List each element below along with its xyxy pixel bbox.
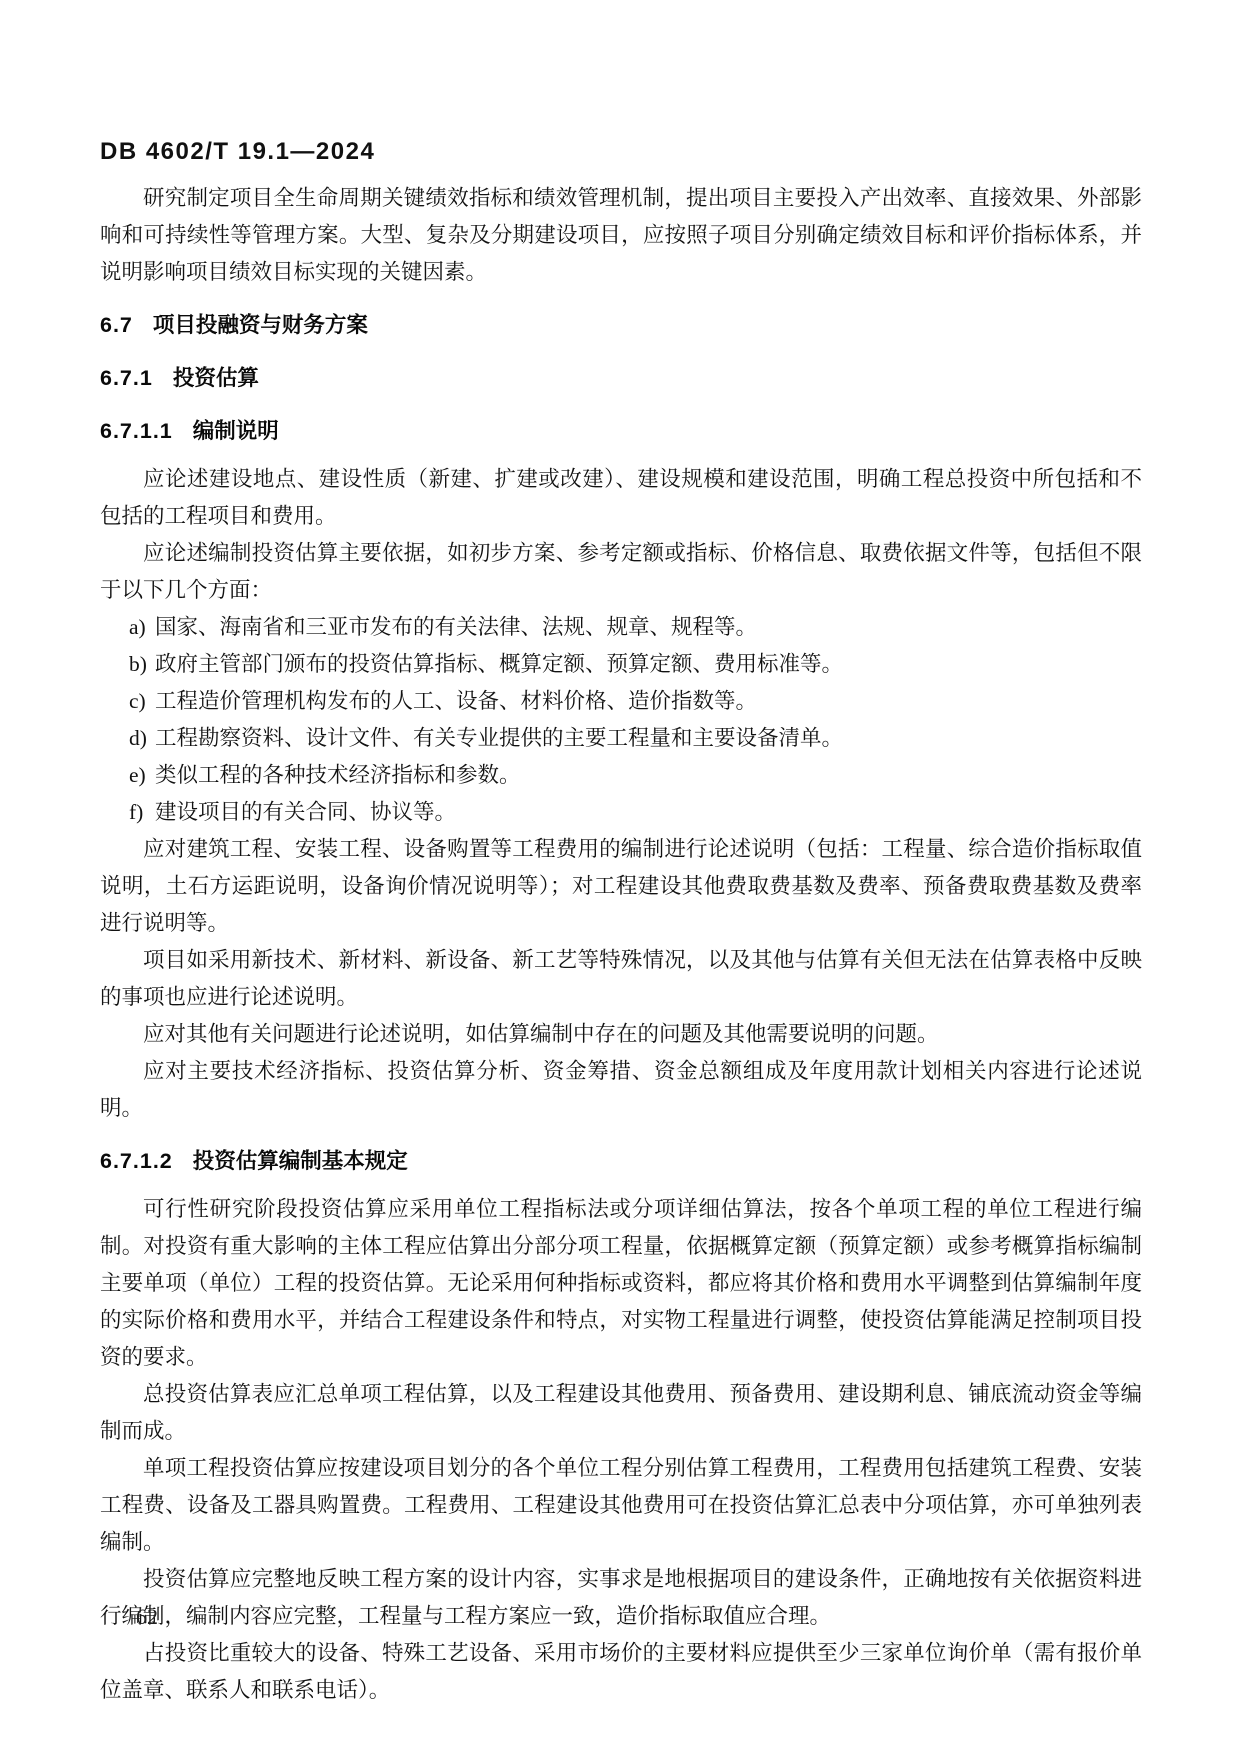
heading-number: 6.7.1.2 <box>100 1149 173 1173</box>
paragraph-total-investment-table: 总投资估算表应汇总单项工程估算，以及工程建设其他费用、预备费用、建设期利息、铺底… <box>100 1376 1142 1450</box>
list-item-text: 类似工程的各种技术经济指标和参数。 <box>155 763 521 787</box>
list-item-label: a) <box>129 609 155 646</box>
paragraph-new-technology-notes: 项目如采用新技术、新材料、新设备、新工艺等特殊情况，以及其他与估算有关但无法在估… <box>100 942 1142 1016</box>
list-item-b: b)政府主管部门颁布的投资估算指标、概算定额、预算定额、费用标准等。 <box>100 646 1142 683</box>
heading-6-7-1-2: 6.7.1.2投资估算编制基本规定 <box>100 1143 1142 1180</box>
paragraph-key-indicators: 应对主要技术经济指标、投资估算分析、资金筹措、资金总额组成及年度用款计划相关内容… <box>100 1053 1142 1127</box>
heading-6-7-1-1: 6.7.1.1编制说明 <box>100 413 1142 450</box>
heading-title: 编制说明 <box>193 419 279 443</box>
list-item-text: 工程造价管理机构发布的人工、设备、材料价格、造价指数等。 <box>155 689 757 713</box>
heading-number: 6.7 <box>100 313 133 337</box>
document-page: DB 4602/T 19.1—2024 研究制定项目全生命周期关键绩效指标和绩效… <box>0 0 1241 1754</box>
list-item-text: 工程勘察资料、设计文件、有关专业提供的主要工程量和主要设备清单。 <box>155 726 843 750</box>
paragraph-estimate-completeness: 投资估算应完整地反映工程方案的设计内容，实事求是地根据项目的建设条件，正确地按有… <box>100 1561 1142 1635</box>
list-item-label: e) <box>129 757 155 794</box>
page-number: 62 <box>136 1600 158 1634</box>
list-item-label: c) <box>129 683 155 720</box>
list-item-d: d)工程勘察资料、设计文件、有关专业提供的主要工程量和主要设备清单。 <box>100 720 1142 757</box>
paragraph-cost-compilation-notes: 应对建筑工程、安装工程、设备购置等工程费用的编制进行论述说明（包括：工程量、综合… <box>100 831 1142 942</box>
paragraph-other-issues: 应对其他有关问题进行论述说明，如估算编制中存在的问题及其他需要说明的问题。 <box>100 1016 1142 1053</box>
list-item-c: c)工程造价管理机构发布的人工、设备、材料价格、造价指数等。 <box>100 683 1142 720</box>
heading-title: 投资估算 <box>173 366 259 390</box>
list-item-label: b) <box>129 646 155 683</box>
paragraph-construction-scope: 应论述建设地点、建设性质（新建、扩建或改建）、建设规模和建设范围，明确工程总投资… <box>100 461 1142 535</box>
list-item-a: a)国家、海南省和三亚市发布的有关法律、法规、规章、规程等。 <box>100 609 1142 646</box>
list-item-text: 国家、海南省和三亚市发布的有关法律、法规、规章、规程等。 <box>155 615 757 639</box>
paragraph-performance-management: 研究制定项目全生命周期关键绩效指标和绩效管理机制，提出项目主要投入产出效率、直接… <box>100 180 1142 291</box>
list-item-label: d) <box>129 720 155 757</box>
paragraph-quotation-requirement: 占投资比重较大的设备、特殊工艺设备、采用市场价的主要材料应提供至少三家单位询价单… <box>100 1635 1142 1709</box>
heading-number: 6.7.1.1 <box>100 419 173 443</box>
list-item-f: f)建设项目的有关合同、协议等。 <box>100 794 1142 831</box>
list-item-text: 政府主管部门颁布的投资估算指标、概算定额、预算定额、费用标准等。 <box>155 652 843 676</box>
paragraph-unit-project-estimate: 单项工程投资估算应按建设项目划分的各个单位工程分别估算工程费用，工程费用包括建筑… <box>100 1450 1142 1561</box>
heading-number: 6.7.1 <box>100 366 153 390</box>
list-item-text: 建设项目的有关合同、协议等。 <box>155 800 456 824</box>
heading-title: 项目投融资与财务方案 <box>153 313 368 337</box>
heading-6-7: 6.7项目投融资与财务方案 <box>100 307 1142 344</box>
paragraph-estimation-method: 可行性研究阶段投资估算应采用单位工程指标法或分项详细估算法，按各个单项工程的单位… <box>100 1191 1142 1376</box>
list-item-e: e)类似工程的各种技术经济指标和参数。 <box>100 757 1142 794</box>
heading-6-7-1: 6.7.1投资估算 <box>100 360 1142 397</box>
heading-title: 投资估算编制基本规定 <box>193 1149 408 1173</box>
document-content: 研究制定项目全生命周期关键绩效指标和绩效管理机制，提出项目主要投入产出效率、直接… <box>100 180 1142 1709</box>
standard-code-header: DB 4602/T 19.1—2024 <box>100 138 375 166</box>
paragraph-estimate-basis: 应论述编制投资估算主要依据，如初步方案、参考定额或指标、价格信息、取费依据文件等… <box>100 535 1142 609</box>
list-item-label: f) <box>129 794 155 831</box>
